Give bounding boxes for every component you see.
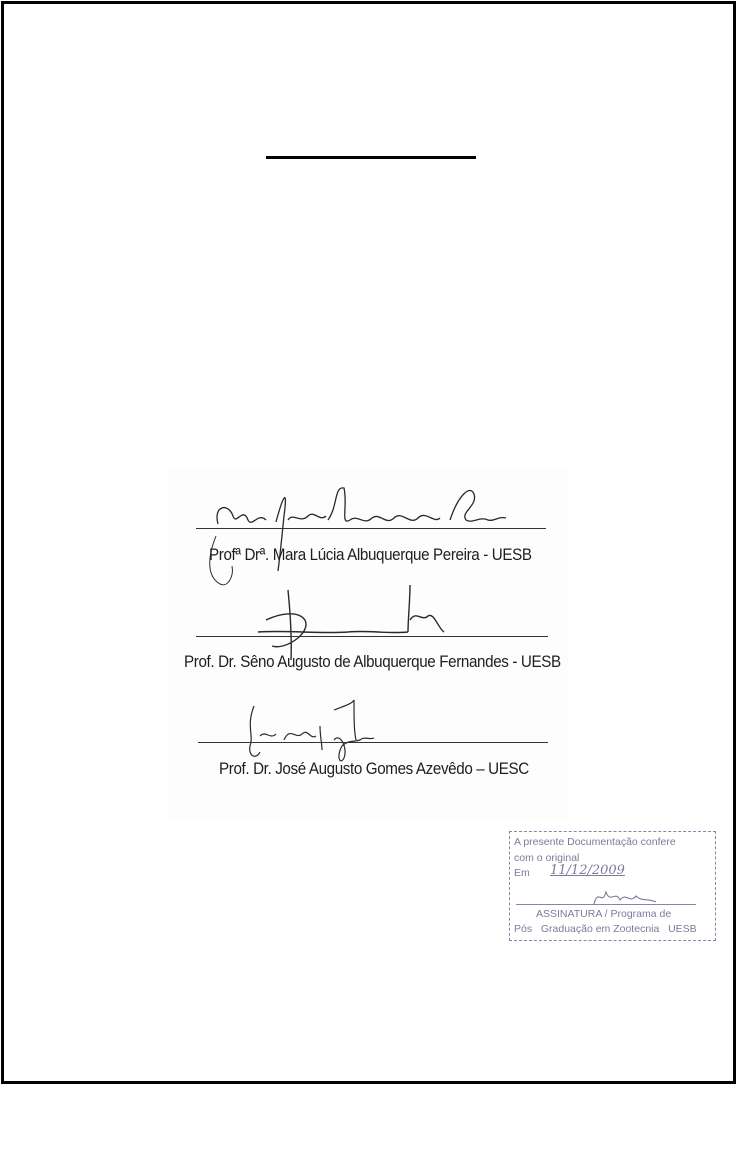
- stamp-date-value: 11/12/2009: [550, 863, 625, 878]
- title-rule: [266, 156, 476, 159]
- signatory-name-2: Prof. Dr. Sêno Augusto de Albuquerque Fe…: [184, 653, 561, 672]
- stamp-signature-line: [516, 904, 696, 905]
- signature-line-1: [196, 528, 546, 529]
- signature-block: Profª Drª. Mara Lúcia Albuquerque Pereir…: [168, 468, 568, 818]
- signature-scribble-3: [244, 696, 384, 766]
- stamp-line-1: A presente Documentação confere: [514, 836, 676, 848]
- signature-line-3: [198, 742, 548, 743]
- stamp-footer: Pós Graduação em Zootecnia UESB: [514, 923, 697, 935]
- signatory-name-1: Profª Drª. Mara Lúcia Albuquerque Pereir…: [209, 546, 532, 565]
- signature-line-2: [196, 636, 548, 637]
- signatory-name-3: Prof. Dr. José Augusto Gomes Azevêdo – U…: [219, 760, 529, 779]
- stamp-signature-caption: ASSINATURA / Programa de: [536, 908, 671, 920]
- signature-scribble-1: [188, 476, 518, 586]
- certification-stamp: A presente Documentação confere com o or…: [509, 831, 716, 941]
- stamp-date-label: Em: [514, 867, 530, 879]
- stamp-signature-scribble: [590, 884, 660, 910]
